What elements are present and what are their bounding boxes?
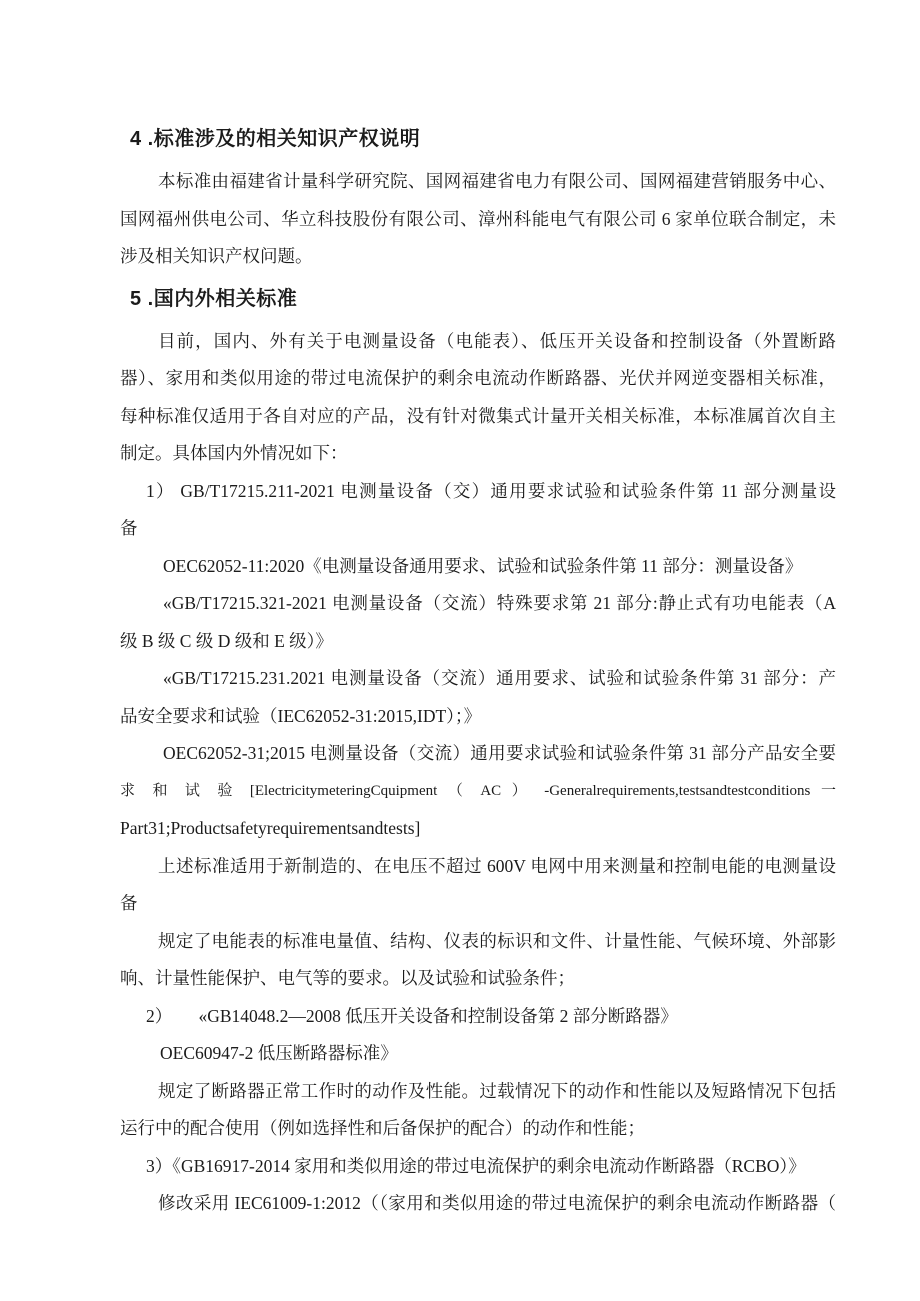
text-line: 规定了电能表的标准电量值、结构、仪表的标识和文件、计量性能、气候环境、外部影 [120, 923, 836, 961]
text-line: 2） «GB14048.2—2008 低压开关设备和控制设备第 2 部分断路器》 [120, 998, 836, 1036]
text-line: 修改采用 IEC61009-1:2012（（家用和类似用途的带过电流保护的剩余电… [120, 1185, 836, 1223]
text-line: OEC62052-11:2020《电测量设备通用要求、试验和试验条件第 11 部… [120, 548, 836, 586]
text-line: OEC62052-31;2015 电测量设备（交流）通用要求试验和试验条件第 3… [120, 735, 836, 773]
text-line: 1） GB/T17215.211-2021 电测量设备（交）通用要求试验和试验条… [120, 473, 836, 511]
document-body: 4 .标准涉及的相关知识产权说明本标准由福建省计量科学研究院、国网福建省电力有限… [120, 116, 836, 1223]
text-line: 涉及相关知识产权问题。 [120, 238, 836, 276]
text-line: 响、计量性能保护、电气等的要求。以及试验和试验条件； [120, 960, 836, 998]
text-line: 备 [120, 885, 836, 923]
text-line: «GB/T17215.321-2021 电测量设备（交流）特殊要求第 21 部分… [120, 585, 836, 623]
text-line: Part31;Productsafetyrequirementsandtests… [120, 810, 836, 848]
text-line: 目前，国内、外有关于电测量设备（电能表）、低压开关设备和控制设备（外置断路 [120, 323, 836, 361]
text-line: 求 和 试 验 [ElectricitymeteringCquipment （ … [120, 773, 836, 811]
text-line: 国网福州供电公司、华立科技股份有限公司、漳州科能电气有限公司 6 家单位联合制定… [120, 201, 836, 239]
document-page: 4 .标准涉及的相关知识产权说明本标准由福建省计量科学研究院、国网福建省电力有限… [0, 0, 920, 1301]
text-line: 制定。具体国内外情况如下： [120, 435, 836, 473]
text-line: «GB/T17215.231.2021 电测量设备（交流）通用要求、试验和试验条… [120, 660, 836, 698]
text-line: 级 B 级 C 级 D 级和 E 级）》 [120, 623, 836, 661]
text-line: 每种标准仅适用于各自对应的产品，没有针对微集式计量开关相关标准，本标准属首次自主 [120, 398, 836, 436]
text-line: 3）《GB16917-2014 家用和类似用途的带过电流保护的剩余电流动作断路器… [120, 1148, 836, 1186]
section-heading: 4 .标准涉及的相关知识产权说明 [120, 116, 836, 163]
text-line: 品安全要求和试验（IEC62052-31:2015,IDT）；》 [120, 698, 836, 736]
text-line: 规定了断路器正常工作时的动作及性能。过载情况下的动作和性能以及短路情况下包括 [120, 1073, 836, 1111]
text-line: 上述标准适用于新制造的、在电压不超过 600V 电网中用来测量和控制电能的电测量… [120, 848, 836, 886]
text-line: OEC60947-2 低压断路器标准》 [120, 1035, 836, 1073]
text-line: 备 [120, 510, 836, 548]
section-heading: 5 .国内外相关标准 [120, 276, 836, 323]
text-line: 器）、家用和类似用途的带过电流保护的剩余电流动作断路器、光伏并网逆变器相关标准， [120, 360, 836, 398]
text-line: 运行中的配合使用（例如选择性和后备保护的配合）的动作和性能； [120, 1110, 836, 1148]
text-line: 本标准由福建省计量科学研究院、国网福建省电力有限公司、国网福建营销服务中心、 [120, 163, 836, 201]
